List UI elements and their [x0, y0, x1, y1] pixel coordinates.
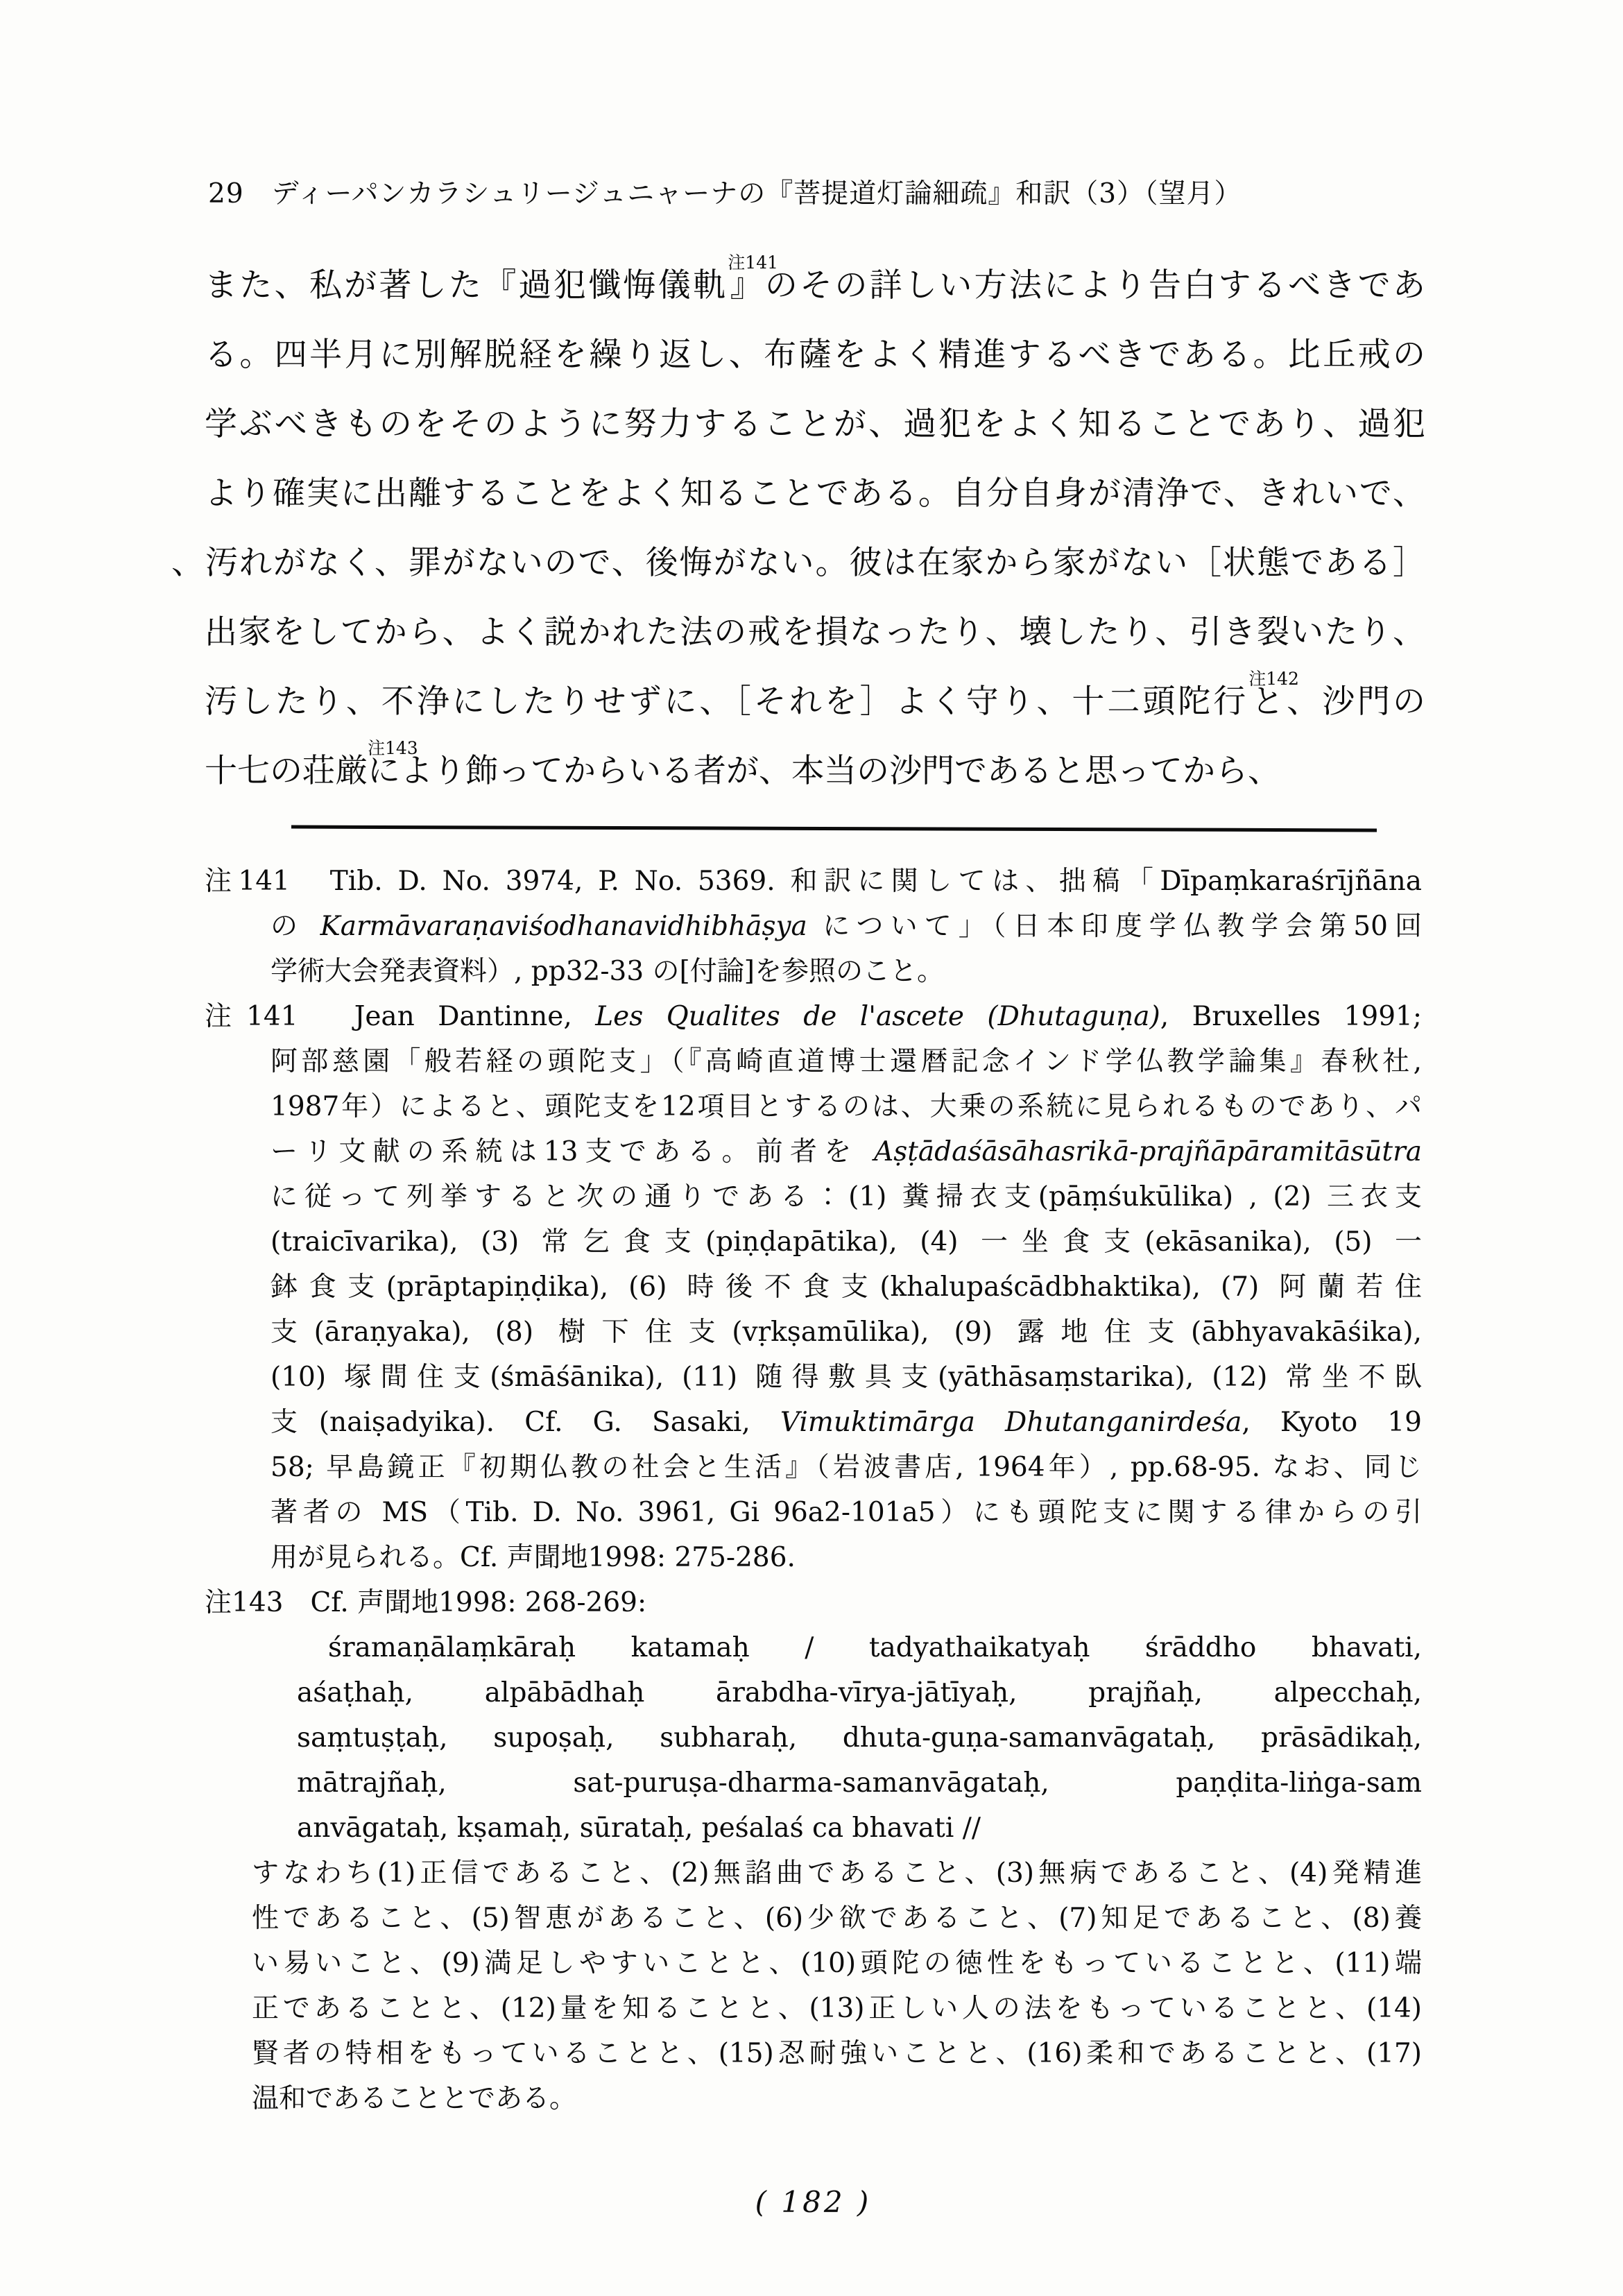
text-run: saṃtuṣṭaḥ, supoṣaḥ, subharaḥ, dhuta-guṇa… — [297, 1722, 1422, 1754]
footnote-line: 阿部慈園「般若経の頭陀支」（『高崎直道博士還暦記念インド学仏教学論集』春秋社, — [205, 1039, 1422, 1084]
footnote-line: 注143 Cf. 声聞地1998: 268-269: — [205, 1580, 1422, 1625]
text-run: śramaṇālaṃkāraḥ katamaḥ / tadyathaikatya… — [328, 1632, 1422, 1663]
text-run: (traicīvarika), (3) 常乞食支(piṇḍapātika), (… — [270, 1226, 1422, 1258]
text-run: の — [270, 911, 320, 942]
main-text-line: る。四半月に別解脱経を繰り返し、布薩をよく精進するべきである。比丘戒の — [205, 320, 1425, 390]
text-run: すなわち(1)正信であること、(2)無諂曲であること、(3)無病であること、(4… — [252, 1858, 1422, 1889]
text-run: 温和であることとである。 — [252, 2083, 576, 2114]
main-text-line: より確実に出離することをよく知ることである。自分自身が清浄で、きれいで、 — [205, 459, 1425, 529]
text-run: に従って列挙すると次の通りである：(1) 糞掃衣支(pāṃśukūlika) ,… — [270, 1181, 1422, 1213]
text-run: 学術大会発表資料）, pp32-33 の[付論]を参照のこと。 — [270, 956, 944, 987]
text-run: について」（日本印度学仏教学会第50回 — [807, 911, 1422, 942]
text-run: 著者の MS（Tib. D. No. 3961, Gi 96a2-101a5）に… — [270, 1497, 1422, 1528]
footnote-line: い易いこと、(9)満足しやすいことと、(10)頭陀の徳性をもっていることと、(1… — [205, 1941, 1422, 1986]
main-text-line: 、汚れがなく、罪がないので、後悔がない。彼は在家から家がない［状態である］ — [205, 529, 1425, 598]
footnote-line: の Karmāvaraṇaviśodhanavidhibhāṣya について」（… — [205, 904, 1422, 949]
footnote-sanskrit-line: anvāgataḥ, kṣamaḥ, sūrataḥ, peśalaś ca b… — [205, 1806, 1422, 1851]
text-run: anvāgataḥ, kṣamaḥ, sūrataḥ, peśalaś ca b… — [297, 1813, 981, 1844]
text-run: , Bruxelles 1991; — [1160, 1001, 1422, 1032]
footnote-line: 1987年）によると、頭陀支を12項目とするのは、大乗の系統に見られるものであり… — [205, 1084, 1422, 1129]
text-run: 注143 Cf. 声聞地1998: 268-269: — [205, 1587, 646, 1618]
main-text-line: 出家をしてから、よく説かれた法の戒を損なったり、壊したり、引き裂いたり、 — [205, 598, 1425, 667]
running-head: 29 ディーパンカラシュリージュニャーナの『菩提道灯論細疏』和訳（3）（望月） — [208, 172, 1242, 211]
main-text-line: また、私が著した『過犯懺悔儀軌注141』のその詳しい方法により告白するべきであ — [205, 251, 1425, 320]
text-run: 、汚れがなく、罪がないので、後悔がない。彼は在家から家がない［状態である］ — [171, 544, 1425, 582]
footnote-line: 支(naiṣadyika). Cf. G. Sasaki, Vimuktimār… — [205, 1400, 1422, 1445]
text-run: 阿部慈園「般若経の頭陀支」（『高崎直道博士還暦記念インド学仏教学論集』春秋社, — [270, 1046, 1422, 1077]
text-run: (10) 塚間住支(śmāśānika), (11) 随得敷具支(yāthāsa… — [270, 1362, 1422, 1393]
text-run: aśaṭhaḥ, alpābādhaḥ ārabdha-vīrya-jātīya… — [297, 1677, 1422, 1708]
text-run: 出家をしてから、よく説かれた法の戒を損なったり、壊したり、引き裂いたり、 — [205, 613, 1425, 651]
text-run: 支(naiṣadyika). Cf. G. Sasaki, — [270, 1407, 780, 1438]
text-run: 58; 早島鏡正『初期仏教の社会と生活』（岩波書店, 1964年）, pp.68… — [270, 1452, 1422, 1483]
footnotes-block: 注141 Tib. D. No. 3974, P. No. 5369. 和訳に関… — [205, 859, 1422, 2121]
footnote-line: 用が見られる。Cf. 声聞地1998: 275-286. — [205, 1535, 1422, 1580]
footnote-sanskrit-line: saṃtuṣṭaḥ, supoṣaḥ, subharaḥ, dhuta-guṇa… — [205, 1715, 1422, 1760]
text-run: 十七の荘厳 — [205, 752, 368, 790]
footnote-line: 賢者の特相をもっていることと、(15)忍耐強いことと、(16)柔和であることと、… — [205, 2031, 1422, 2076]
scanned-paper-page: 29 ディーパンカラシュリージュニャーナの『菩提道灯論細疏』和訳（3）（望月） … — [0, 0, 1623, 2296]
footnote-line: 温和であることとである。 — [205, 2076, 1422, 2121]
text-run: 正であることと、(12)量を知ることと、(13)正しい人の法をもっていることと、… — [252, 1993, 1422, 2024]
footnote-separator-rule — [291, 825, 1377, 832]
italic-title-text: Karmāvaraṇaviśodhanavidhibhāṣya — [320, 911, 807, 942]
footnote-line: 鉢食支(prāptapiṇḍika), (6) 時後不食支(khalupaścā… — [205, 1265, 1422, 1310]
footnote-sanskrit-line: mātrajñaḥ, sat-puruṣa-dharma-samanvāgata… — [205, 1760, 1422, 1806]
text-run: mātrajñaḥ, sat-puruṣa-dharma-samanvāgata… — [297, 1767, 1422, 1799]
italic-title-text: Aṣṭādaśāsāhasrikā-prajñāpāramitāsūtra — [874, 1136, 1422, 1167]
text-run: 1987年）によると、頭陀支を12項目とするのは、大乗の系統に見られるものであり… — [270, 1091, 1422, 1122]
italic-title-text: Vimuktimārga Dhutanganirdeśa — [780, 1407, 1242, 1438]
text-run: 』のその詳しい方法により告白するべきであ — [728, 266, 1425, 305]
text-run: 汚したり、不浄にしたりせずに、［それを］よく守り、十二頭陀行 — [205, 683, 1248, 721]
footnote-line: 58; 早島鏡正『初期仏教の社会と生活』（岩波書店, 1964年）, pp.68… — [205, 1445, 1422, 1490]
text-run: ーリ文献の系統は13支である。前者を — [270, 1136, 874, 1167]
text-run: 用が見られる。Cf. 声聞地1998: 275-286. — [270, 1542, 796, 1573]
text-run: 性であること、(5)智恵があること、(6)少欲であること、(7)知足であること、… — [252, 1903, 1422, 1934]
main-text-block: また、私が著した『過犯懺悔儀軌注141』のその詳しい方法により告白するべきであ … — [205, 251, 1425, 806]
text-run: い易いこと、(9)満足しやすいことと、(10)頭陀の徳性をもっていることと、(1… — [252, 1948, 1422, 1979]
text-run: 支(āraṇyaka), (8) 樹下住支(vṛkṣamūlika), (9) … — [270, 1317, 1422, 1348]
text-run: 鉢食支(prāptapiṇḍika), (6) 時後不食支(khalupaścā… — [270, 1271, 1422, 1303]
text-run: る。四半月に別解脱経を繰り返し、布薩をよく精進するべきである。比丘戒の — [205, 336, 1425, 374]
footnote-line: (traicīvarika), (3) 常乞食支(piṇḍapātika), (… — [205, 1219, 1422, 1265]
footnote-line: (10) 塚間住支(śmāśānika), (11) 随得敷具支(yāthāsa… — [205, 1355, 1422, 1400]
footnote-line: 性であること、(5)智恵があること、(6)少欲であること、(7)知足であること、… — [205, 1896, 1422, 1941]
text-run: また、私が著した『過犯懺悔儀軌 — [205, 266, 728, 305]
footnote-line: 正であることと、(12)量を知ることと、(13)正しい人の法をもっていることと、… — [205, 1986, 1422, 2031]
footnote-line: 著者の MS（Tib. D. No. 3961, Gi 96a2-101a5）に… — [205, 1490, 1422, 1535]
main-text-line: 学ぶべきものをそのように努力することが、過犯をよく知ることであり、過犯 — [205, 390, 1425, 459]
footnote-sanskrit-line: śramaṇālaṃkāraḥ katamaḥ / tadyathaikatya… — [205, 1625, 1422, 1670]
text-run: より確実に出離することをよく知ることである。自分自身が清浄で、きれいで、 — [205, 474, 1425, 513]
text-run: 賢者の特相をもっていることと、(15)忍耐強いことと、(16)柔和であることと、… — [252, 2038, 1422, 2069]
footnote-line: 注141 Tib. D. No. 3974, P. No. 5369. 和訳に関… — [205, 859, 1422, 904]
text-run: 学ぶべきものをそのように努力することが、過犯をよく知ることであり、過犯 — [205, 405, 1425, 443]
footnote-line: 注141 Jean Dantinne, Les Qualites de l'as… — [205, 994, 1422, 1039]
main-text-line: 十七の荘厳注143により飾ってからいる者が、本当の沙門であると思ってから、 — [205, 737, 1425, 806]
text-run: , Kyoto 19 — [1242, 1407, 1422, 1438]
text-run: 注141 Tib. D. No. 3974, P. No. 5369. 和訳に関… — [205, 866, 1422, 897]
main-text-line: 汚したり、不浄にしたりせずに、［それを］よく守り、十二頭陀行注142と、沙門の — [205, 667, 1425, 737]
footnote-line: すなわち(1)正信であること、(2)無諂曲であること、(3)無病であること、(4… — [205, 1851, 1422, 1896]
italic-title-text: Les Qualites de l'ascete (Dhutaguṇa) — [595, 1001, 1160, 1032]
text-run: 注141 Jean Dantinne, — [205, 1001, 595, 1032]
page-number: ( 182 ) — [205, 2185, 1422, 2219]
footnote-sanskrit-line: aśaṭhaḥ, alpābādhaḥ ārabdha-vīrya-jātīya… — [205, 1670, 1422, 1715]
footnote-line: 学術大会発表資料）, pp32-33 の[付論]を参照のこと。 — [205, 949, 1422, 994]
footnote-line: に従って列挙すると次の通りである：(1) 糞掃衣支(pāṃśukūlika) ,… — [205, 1174, 1422, 1219]
footnote-line: 支(āraṇyaka), (8) 樹下住支(vṛkṣamūlika), (9) … — [205, 1310, 1422, 1355]
footnote-line: ーリ文献の系統は13支である。前者を Aṣṭādaśāsāhasrikā-pra… — [205, 1129, 1422, 1174]
text-run: により飾ってからいる者が、本当の沙門であると思ってから、 — [368, 752, 1280, 790]
